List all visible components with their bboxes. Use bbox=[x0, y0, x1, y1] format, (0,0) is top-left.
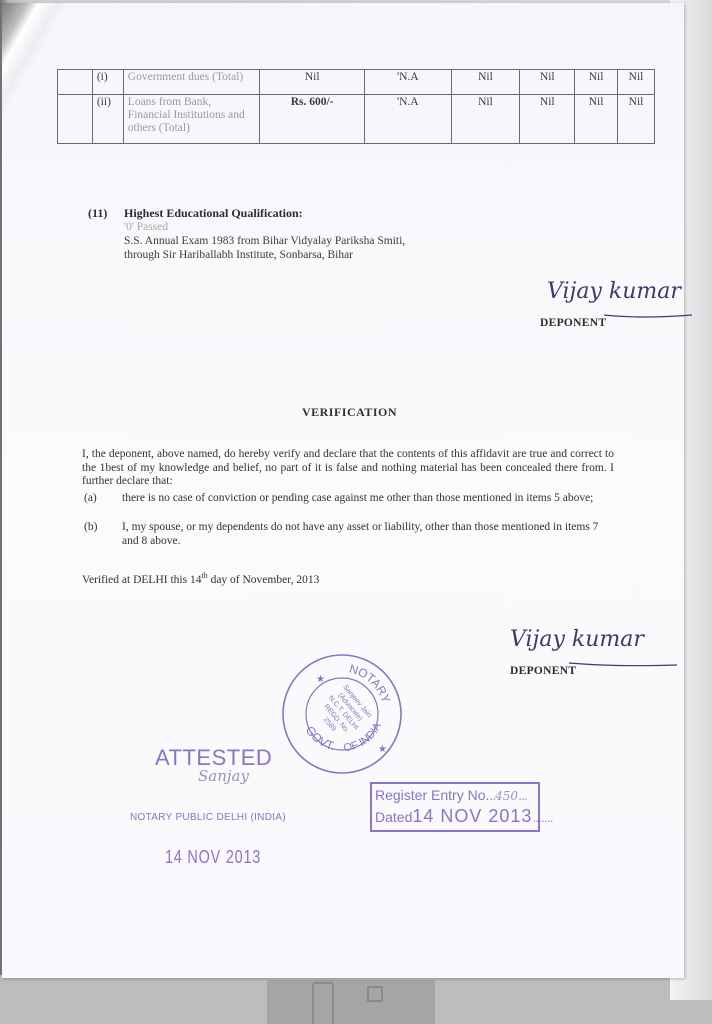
qualification-line: '0' Passed bbox=[124, 221, 168, 233]
star-icon: ★ bbox=[378, 744, 387, 755]
section-number: (11) bbox=[88, 206, 107, 221]
table-row: (ii) Loans from Bank, Financial Institut… bbox=[58, 95, 655, 144]
value-cell: Nil bbox=[260, 70, 365, 95]
value-cell: Nil bbox=[520, 70, 575, 95]
signature-stroke bbox=[567, 649, 679, 669]
value-cell: Nil bbox=[451, 95, 520, 144]
table-cell-blank bbox=[58, 70, 93, 95]
row-index: (i) bbox=[92, 70, 123, 95]
value-cell: Nil bbox=[575, 70, 618, 95]
item-label: (a) bbox=[84, 492, 97, 504]
register-dated-line: Dated14 NOV 2013....... bbox=[375, 806, 553, 827]
value-cell: Rs. 600/- bbox=[260, 95, 365, 144]
binder-clip-shadow bbox=[267, 980, 435, 1024]
verification-item: there is no case of conviction or pendin… bbox=[122, 492, 614, 506]
verification-heading: VERIFICATION bbox=[2, 405, 697, 420]
table-row: (i) Government dues (Total) Nil 'N.A Nil… bbox=[58, 70, 655, 95]
table-cell-blank bbox=[58, 95, 93, 144]
notary-signature: Sanjay bbox=[198, 767, 249, 785]
register-entry-line: Register Entry No...450... bbox=[375, 787, 527, 803]
register-dated-value: 14 NOV 2013 bbox=[412, 806, 532, 826]
value-cell: 'N.A bbox=[364, 70, 451, 95]
verified-suffix: day of November, 2013 bbox=[208, 574, 320, 586]
item-label: (b) bbox=[84, 521, 97, 533]
register-entry-value: 450 bbox=[495, 789, 518, 803]
liabilities-table: (i) Government dues (Total) Nil 'N.A Nil… bbox=[57, 69, 655, 144]
affidavit-page: (i) Government dues (Total) Nil 'N.A Nil… bbox=[2, 3, 684, 978]
notary-seal-stamp: NOTARY GOVT. OF INDIA ★ ★ Sanjeev Jain (… bbox=[280, 652, 404, 776]
register-dated-label: Dated bbox=[375, 809, 412, 825]
signature-stroke bbox=[602, 301, 694, 321]
notary-public-label: NOTARY PUBLIC DELHI (INDIA) bbox=[130, 812, 286, 823]
clip-icon bbox=[312, 982, 334, 1024]
deponent-label-2: DEPONENT bbox=[510, 665, 576, 677]
star-icon: ★ bbox=[316, 674, 325, 685]
register-entry-label: Register Entry No. bbox=[375, 787, 489, 803]
date-stamp: 14 NOV 2013 bbox=[165, 847, 261, 868]
section-title: Highest Educational Qualification: bbox=[124, 206, 303, 221]
deponent-label: DEPONENT bbox=[540, 317, 606, 329]
value-cell: Nil bbox=[618, 70, 655, 95]
value-cell: Nil bbox=[618, 95, 655, 144]
value-cell: Nil bbox=[520, 95, 575, 144]
verified-line: Verified at DELHI this 14th day of Novem… bbox=[82, 571, 319, 586]
row-description: Loans from Bank, Financial Institutions … bbox=[123, 95, 260, 144]
value-cell: Nil bbox=[575, 95, 618, 144]
verification-paragraph: I, the deponent, above named, do hereby … bbox=[82, 448, 614, 489]
value-cell: Nil bbox=[451, 70, 520, 95]
qualification-line: through Sir Hariballabh Institute, Sonba… bbox=[124, 249, 353, 261]
verified-prefix: Verified at DELHI this 14 bbox=[82, 574, 201, 586]
row-index: (ii) bbox=[92, 95, 123, 144]
square-icon bbox=[367, 986, 383, 1002]
verification-item: I, my spouse, or my dependents do not ha… bbox=[122, 521, 614, 548]
qualification-line: S.S. Annual Exam 1983 from Bihar Vidyala… bbox=[124, 235, 405, 247]
value-cell: 'N.A bbox=[364, 95, 451, 144]
register-entry-stamp: Register Entry No...450... Dated14 NOV 2… bbox=[370, 782, 540, 832]
row-description: Government dues (Total) bbox=[123, 70, 260, 95]
